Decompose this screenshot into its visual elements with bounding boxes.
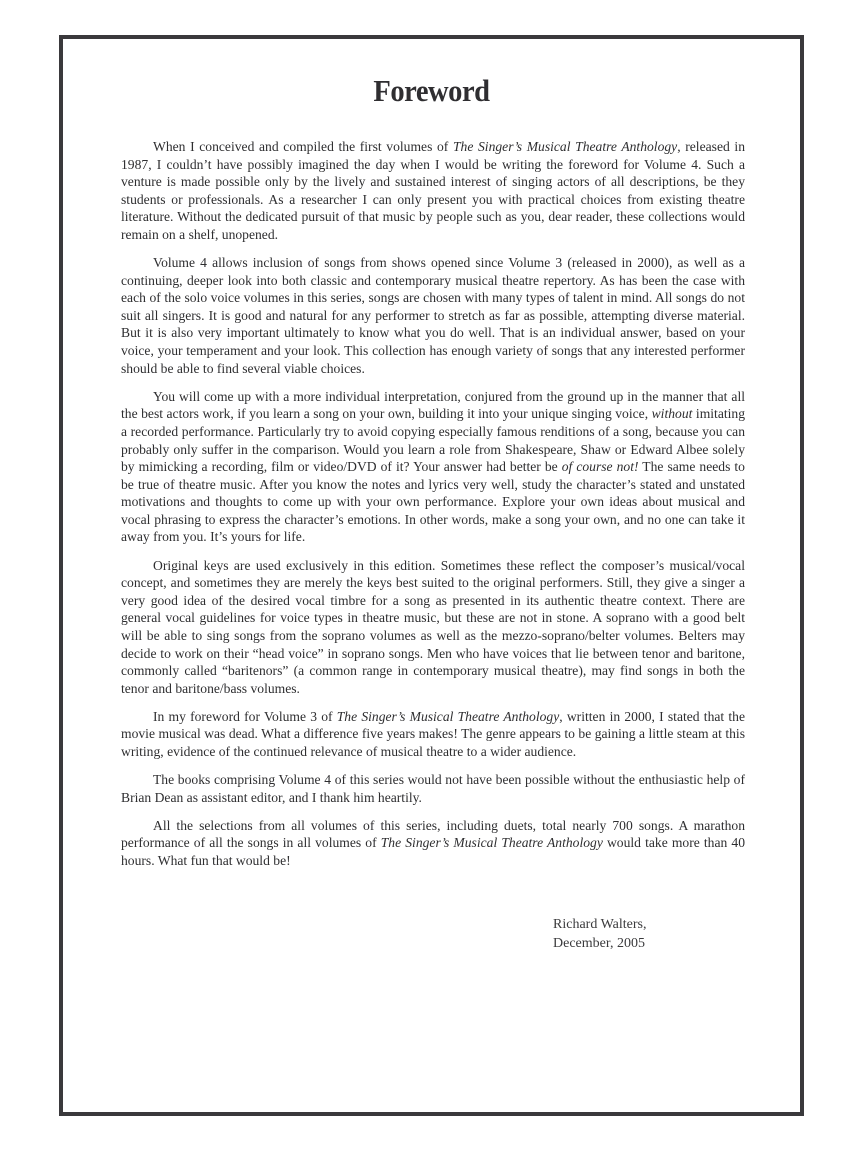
signature-date: December, 2005: [553, 934, 646, 953]
paragraph-3: You will come up with a more individual …: [121, 388, 745, 546]
paragraph-5: In my foreword for Volume 3 of The Singe…: [121, 708, 745, 761]
foreword-body: When I conceived and compiled the first …: [121, 138, 745, 880]
text-segment: In my foreword for Volume 3 of: [153, 709, 337, 724]
italic-text: without: [652, 406, 693, 421]
italic-text: The Singer’s Musical Theatre Anthology: [381, 835, 603, 850]
signature-block: Richard Walters, December, 2005: [553, 915, 646, 953]
paragraph-2: Volume 4 allows inclusion of songs from …: [121, 254, 745, 377]
text-segment: Volume 4 allows inclusion of songs from …: [121, 255, 745, 376]
text-segment: The books comprising Volume 4 of this se…: [121, 772, 745, 805]
italic-text: of course not!: [562, 459, 639, 474]
paragraph-7: All the selections from all volumes of t…: [121, 817, 745, 870]
text-segment: When I conceived and compiled the first …: [153, 139, 453, 154]
signature-name: Richard Walters,: [553, 915, 646, 934]
paragraph-6: The books comprising Volume 4 of this se…: [121, 771, 745, 806]
paragraph-1: When I conceived and compiled the first …: [121, 138, 745, 244]
page-title: Foreword: [92, 73, 770, 109]
page-frame: Foreword When I conceived and compiled t…: [59, 35, 804, 1116]
text-segment: , released in 1987, I couldn’t have poss…: [121, 139, 745, 242]
paragraph-4: Original keys are used exclusively in th…: [121, 557, 745, 698]
text-segment: Original keys are used exclusively in th…: [121, 558, 745, 696]
italic-text: The Singer’s Musical Theatre Anthology: [337, 709, 560, 724]
italic-text: The Singer’s Musical Theatre Anthology: [453, 139, 677, 154]
